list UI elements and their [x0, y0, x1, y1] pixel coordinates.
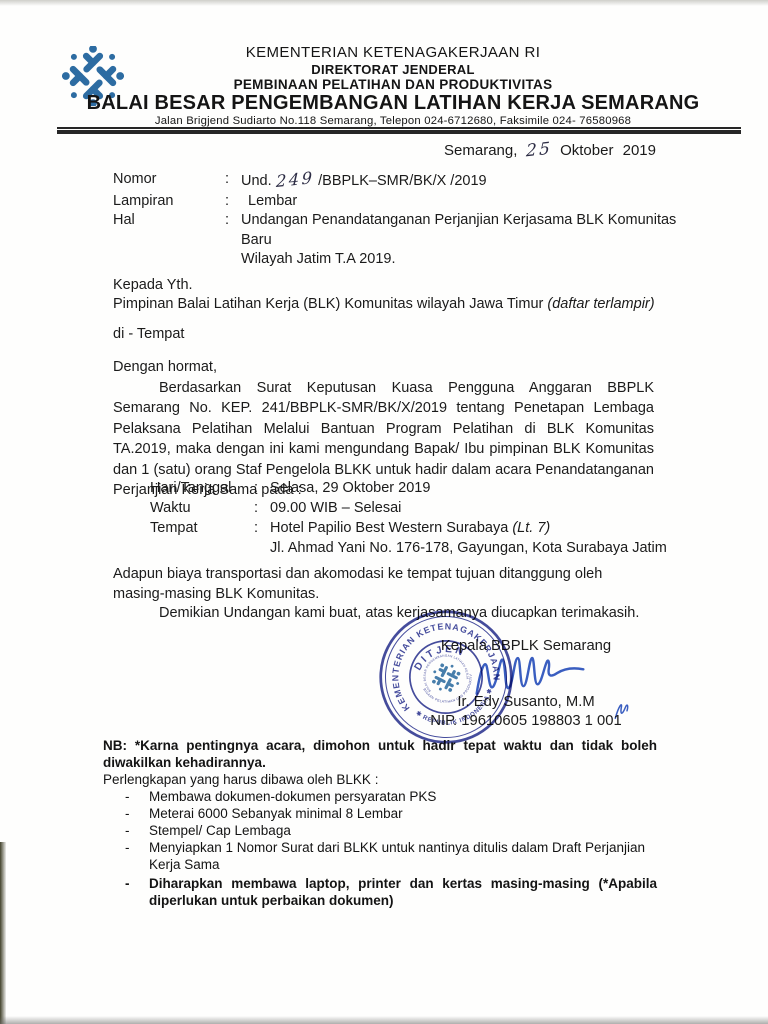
- event-day-value: Selasa, 29 Oktober 2019: [270, 478, 670, 498]
- hal-label: Hal: [113, 211, 225, 270]
- nb-list: - Membawa dokumen-dokumen persyaratan PK…: [103, 788, 657, 909]
- event-place-address: Jl. Ahmad Yani No. 176-178, Gayungan, Ko…: [270, 540, 667, 556]
- nb-list-item: - Menyiapkan 1 Nomor Surat dari BLKK unt…: [103, 839, 657, 873]
- handwritten-signature: [468, 645, 592, 703]
- directorate-line: DIREKTORAT JENDERAL: [40, 62, 746, 77]
- recipient-name: Pimpinan Balai Latihan Kerja (BLK) Komun…: [113, 295, 655, 314]
- scan-edge-left: [0, 842, 6, 1024]
- recipient-block: Kepada Yth. Pimpinan Balai Latihan Kerja…: [113, 276, 655, 344]
- meta-row-hal: Hal : Undangan Penandatanganan Perjanjia…: [113, 211, 689, 270]
- meta-row-lampiran: Lampiran : Lembar: [113, 192, 689, 212]
- nb-list-item: - Meterai 6000 Sebanyak minimal 8 Lembar: [103, 805, 657, 822]
- recipient-salute: Kepada Yth.: [113, 276, 655, 295]
- hal-value: Undangan Penandatanganan Perjanjian Kerj…: [241, 211, 689, 270]
- event-place-value: Hotel Papilio Best Western Surabaya (Lt.…: [270, 518, 670, 558]
- recipient-place: di - Tempat: [113, 325, 655, 344]
- event-row-time: Waktu : 09.00 WIB – Selesai: [150, 498, 670, 518]
- nomor-value: Und.249/BBPLK–SMR/BK/X /2019: [241, 170, 689, 192]
- event-row-day: Hari/Tanggal : Selasa, 29 Oktober 2019: [150, 478, 670, 498]
- nb-section: NB: *Karna pentingnya acara, dimohon unt…: [103, 738, 657, 909]
- nb-intro: Perlengkapan yang harus dibawa oleh BLKK…: [103, 771, 657, 788]
- nomor-label: Nomor: [113, 170, 225, 192]
- handwritten-number: 249: [275, 168, 314, 192]
- nb-list-item: - Membawa dokumen-dokumen persyaratan PK…: [103, 788, 657, 805]
- event-place-floor: (Lt. 7): [512, 520, 550, 536]
- lampiran-value: Lembar: [241, 192, 689, 212]
- letter-meta: Nomor : Und.249/BBPLK–SMR/BK/X /2019 Lam…: [113, 170, 689, 270]
- dateline: Semarang, 25 Oktober 2019: [444, 139, 656, 159]
- ministry-name: KEMENTERIAN KETENAGAKERJAAN RI: [40, 44, 746, 62]
- scan-edge-bottom: [0, 1016, 768, 1024]
- letterhead-rule: [57, 127, 741, 135]
- handwritten-day: 25: [525, 138, 552, 161]
- letterhead: KEMENTERIAN KETENAGAKERJAAN RI DIREKTORA…: [40, 44, 746, 128]
- scanned-letter-page: KEMENTERIAN KETENAGAKERJAAN RI DIREKTORA…: [0, 0, 768, 1024]
- recipient-attachment-note: (daftar terlampir): [547, 296, 654, 312]
- office-name: BALAI BESAR PENGEMBANGAN LATIHAN KERJA S…: [40, 92, 746, 114]
- directorate-sub-line: PEMBINAAN PELATIHAN DAN PRODUKTIVITAS: [40, 77, 746, 92]
- nb-list-item-bold: - Diharapkan membawa laptop, printer dan…: [103, 876, 657, 909]
- closing-paragraph-1: Adapun biaya transportasi dan akomodasi …: [113, 565, 654, 604]
- event-row-place: Tempat : Hotel Papilio Best Western Sura…: [150, 518, 670, 558]
- dateline-month-year: Oktober 2019: [560, 142, 656, 159]
- meta-row-nomor: Nomor : Und.249/BBPLK–SMR/BK/X /2019: [113, 170, 689, 192]
- lampiran-label: Lampiran: [113, 192, 225, 212]
- salutation: Dengan hormat,: [113, 357, 654, 378]
- event-time-value: 09.00 WIB – Selesai: [270, 498, 670, 518]
- event-details: Hari/Tanggal : Selasa, 29 Oktober 2019 W…: [150, 478, 670, 558]
- handwritten-paraph: [612, 699, 632, 721]
- scan-edge-top: [0, 0, 768, 6]
- dateline-city: Semarang,: [444, 142, 517, 159]
- nb-list-item: - Stempel/ Cap Lembaga: [103, 822, 657, 839]
